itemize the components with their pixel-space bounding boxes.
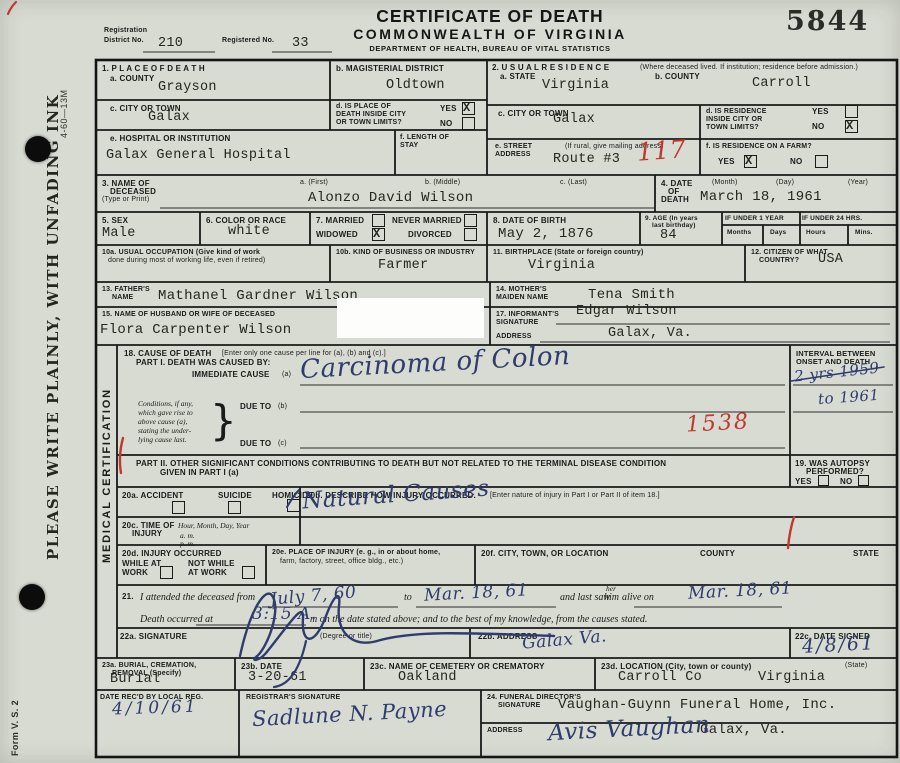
interval-strikethrough: [791, 367, 884, 381]
ink-strokes: [0, 0, 900, 763]
homicide-ink-mark: [287, 490, 299, 507]
physician-signature-scribble: [240, 594, 554, 660]
signature-descender: [274, 641, 306, 687]
red-corner-tick: [8, 2, 16, 14]
red-one-mark: [788, 517, 794, 548]
redaction-box: [337, 298, 484, 338]
red-part2-mark: [120, 438, 123, 473]
death-certificate-scan: 4-60—13M PLEASE WRITE PLAINLY, WITH UNFA…: [0, 0, 900, 763]
